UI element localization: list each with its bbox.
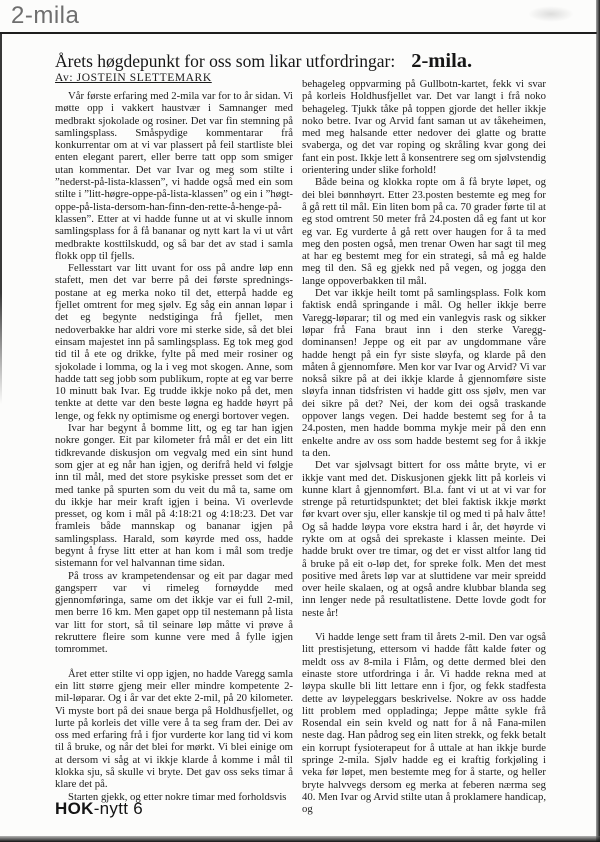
byline: Av: JOSTEIN SLETTEMARK: [55, 72, 212, 84]
article-title-text: Årets høgdepunkt for oss som likar utfor…: [55, 51, 395, 71]
scan-edge-bottom: [0, 836, 600, 842]
page-footer: HOK-nytt 6: [55, 799, 143, 819]
paragraph: Fellesstart var litt uvant for oss på an…: [55, 262, 293, 422]
footer-brand: HOK: [55, 799, 94, 818]
paragraph: Vår første erfaring med 2-mila var for t…: [55, 90, 293, 262]
paragraph: Både beina og klokka ropte om å få bryte…: [302, 176, 546, 287]
paragraph: Året etter stilte vi opp igjen, no hadde…: [55, 668, 293, 791]
article-title-emphasis: 2-mila.: [411, 50, 472, 72]
left-border-line: [0, 34, 2, 404]
scan-noise-smudge: [528, 6, 574, 22]
paragraph: Det var sjølvsagt bittert for oss måtte …: [302, 459, 546, 619]
left-column: Vår første erfaring med 2-mila var for t…: [55, 90, 293, 803]
right-column: behageleg oppvarming på Gullbotn-kartet,…: [302, 78, 546, 816]
footer-issue-label: -nytt 6: [94, 799, 143, 818]
paragraph: behageleg oppvarming på Gullbotn-kartet,…: [302, 78, 546, 176]
scanned-newsletter-page: 2-mila Årets høgdepunkt for oss som lika…: [0, 0, 600, 842]
header-divider-rule: [0, 32, 597, 34]
paragraph: På tross av krampetendensar og eit par d…: [55, 570, 293, 656]
scan-edge-right: [596, 0, 600, 842]
article-title: Årets høgdepunkt for oss som likar utfor…: [55, 38, 560, 75]
masthead-title: 2-mila: [11, 2, 79, 30]
paragraph: Det var ikkje heilt tomt på samlingsplas…: [302, 287, 546, 459]
paragraph: Vi hadde lenge sett fram til årets 2-mil…: [302, 631, 546, 815]
paragraph: Ivar har begynt å bomme litt, og eg tar …: [55, 422, 293, 570]
